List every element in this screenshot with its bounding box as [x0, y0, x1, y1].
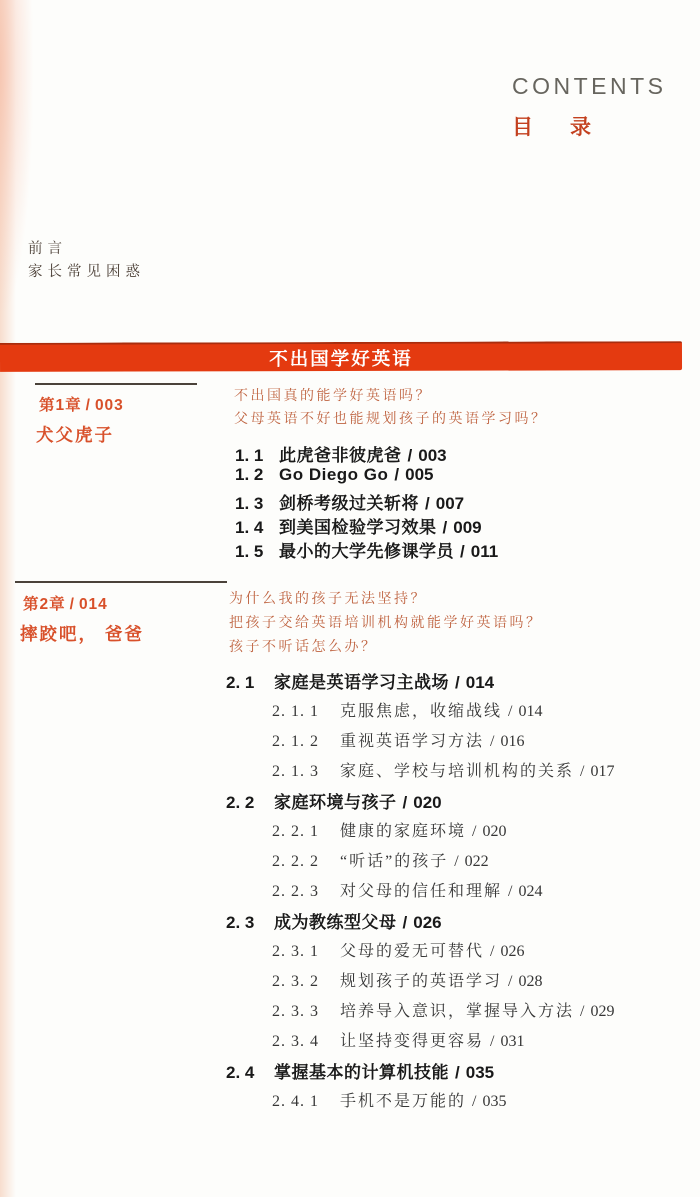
toc-entry-number: 1. 1 [235, 446, 279, 466]
chapter-1-rule [35, 383, 197, 385]
toc-entry-title: 父母的爱无可替代 [340, 938, 484, 961]
question-line: 不出国真的能学好英语吗？ [234, 384, 548, 407]
chapter-1-number-text: 第1章 [39, 397, 82, 414]
chapter-2-entries: 2. 1家庭是英语学习主战场/014 2. 1. 1克服焦虑，收缩战线/014 … [226, 668, 614, 1118]
toc-subentry: 2. 3. 4让坚持变得更容易/031 [226, 1028, 614, 1058]
toc-entry-number: 2. 2 [226, 793, 274, 813]
chapter-2-number: 第2章/014 [15, 592, 227, 614]
toc-title-chinese: 目 录 [512, 111, 667, 141]
toc-entry-title: Go Diego Go [279, 465, 388, 485]
toc-entry-title: 培养导入意识，掌握导入方法 [340, 998, 574, 1021]
toc-entry: 1. 5最小的大学先修课学员/011 [235, 537, 498, 561]
toc-subentry: 2. 2. 1健康的家庭环境/020 [226, 818, 614, 848]
toc-entry-title: 克服焦虑，收缩战线 [340, 698, 502, 721]
front-matter-faq: 家长常见困惑 [28, 261, 145, 284]
question-line: 把孩子交给英语培训机构就能学好英语吗？ [229, 610, 543, 634]
toc-entry-page: 005 [405, 465, 433, 485]
toc-entry-page: 003 [418, 446, 446, 466]
toc-subentry: 2. 4. 1手机不是万能的/035 [226, 1088, 614, 1118]
toc-entry-number: 2. 2. 2 [272, 853, 340, 871]
toc-subentry: 2. 2. 3对父母的信任和理解/024 [226, 878, 614, 908]
toc-subentry: 2. 1. 3家庭、学校与培训机构的关系/017 [226, 758, 614, 788]
page-separator: / [580, 763, 584, 781]
toc-subentry: 2. 3. 2规划孩子的英语学习/028 [226, 968, 614, 998]
toc-entry-page: 014 [466, 673, 494, 693]
page-separator: / [508, 883, 512, 901]
toc-entry-number: 1. 4 [235, 518, 279, 538]
question-line: 孩子不听话怎么办？ [229, 634, 543, 658]
page-separator: / [472, 1093, 476, 1111]
toc-entry-page: 007 [436, 494, 464, 514]
toc-entry: 2. 2家庭环境与孩子/020 [226, 788, 614, 818]
toc-entry-title: 剑桥考级过关斩将 [279, 489, 419, 514]
front-matter-preface: 前言 [28, 238, 145, 261]
toc-entry-page: 011 [471, 542, 498, 562]
toc-entry-number: 2. 4. 1 [272, 1093, 340, 1111]
toc-header: CONTENTS 目 录 [512, 73, 667, 141]
page-separator: / [472, 823, 476, 841]
toc-entry-page: 028 [518, 973, 542, 991]
toc-entry-number: 1. 2 [235, 465, 279, 485]
toc-entry-title: 成为教练型父母 [274, 908, 397, 933]
toc-entry-number: 2. 1. 1 [272, 703, 340, 721]
toc-subentry: 2. 2. 2“听话”的孩子/022 [226, 848, 614, 878]
page-separator: / [394, 465, 399, 485]
toc-entry-page: 024 [518, 883, 542, 901]
page-separator: / [508, 973, 512, 991]
toc-entry-page: 016 [500, 733, 524, 751]
part-banner: 不出国学好英语 [0, 341, 682, 372]
toc-entry-page: 026 [500, 943, 524, 961]
toc-entry-title: 此虎爸非彼虎爸 [279, 441, 402, 466]
toc-subentry: 2. 3. 3培养导入意识，掌握导入方法/029 [226, 998, 614, 1028]
chapter-1-title: 犬父虎子 [35, 422, 197, 447]
toc-entry-number: 2. 1. 2 [272, 733, 340, 751]
toc-entry-title: 到美国检验学习效果 [279, 513, 437, 538]
page-separator: / [490, 733, 494, 751]
page-separator: / [403, 793, 408, 813]
chapter-2-questions: 为什么我的孩子无法坚持？ 把孩子交给英语培训机构就能学好英语吗？ 孩子不听话怎么… [229, 586, 543, 658]
toc-entry-number: 2. 4 [226, 1063, 274, 1083]
toc-entry-page: 029 [590, 1003, 614, 1021]
toc-entry-number: 2. 3. 4 [272, 1033, 340, 1051]
toc-entry-page: 017 [590, 763, 614, 781]
page-separator: / [455, 1063, 460, 1083]
toc-entry-page: 020 [413, 793, 441, 813]
toc-entry-title: 最小的大学先修课学员 [279, 537, 454, 562]
toc-entry-number: 2. 2. 3 [272, 883, 340, 901]
toc-entry: 1. 1此虎爸非彼虎爸/003 [235, 441, 498, 465]
page-separator: / [443, 518, 448, 538]
toc-entry-title: 掌握基本的计算机技能 [274, 1058, 449, 1083]
page-separator: / [403, 913, 408, 933]
toc-entry-page: 014 [518, 703, 542, 721]
toc-entry: 1. 4到美国检验学习效果/009 [235, 513, 498, 537]
chapter-1-questions: 不出国真的能学好英语吗？ 父母英语不好也能规划孩子的英语学习吗？ [234, 384, 548, 430]
toc-entry-page: 022 [465, 853, 489, 871]
chapter-2-title: 摔跤吧， 爸爸 [15, 621, 227, 646]
page-edge-shading [0, 0, 16, 1197]
toc-subentry: 2. 1. 1克服焦虑，收缩战线/014 [226, 698, 614, 728]
part-banner-title: 不出国学好英语 [269, 344, 413, 370]
toc-entry-number: 2. 3. 3 [272, 1003, 340, 1021]
toc-entry: 2. 4掌握基本的计算机技能/035 [226, 1058, 614, 1088]
toc-entry: 2. 3成为教练型父母/026 [226, 908, 614, 938]
toc-entry-number: 1. 5 [235, 542, 279, 562]
toc-entry-title: 家庭环境与孩子 [274, 788, 397, 813]
toc-entry-title: 手机不是万能的 [340, 1088, 466, 1111]
toc-entry: 2. 1家庭是英语学习主战场/014 [226, 668, 614, 698]
toc-entry-number: 2. 1. 3 [272, 763, 340, 781]
toc-entry-title: “听话”的孩子 [340, 848, 448, 871]
chapter-2-page: 014 [79, 596, 108, 613]
page-separator: / [425, 494, 430, 514]
toc-entry-number: 2. 1 [226, 673, 274, 693]
page-separator: / [86, 397, 91, 414]
chapter-2-label: 第2章/014 摔跤吧， 爸爸 [15, 581, 227, 646]
page-separator: / [455, 673, 460, 693]
page-separator: / [70, 596, 75, 613]
toc-entry-title: 对父母的信任和理解 [340, 878, 502, 901]
toc-entry-page: 009 [453, 518, 481, 538]
toc-entry: 1. 3剑桥考级过关斩将/007 [235, 489, 498, 513]
toc-entry-page: 035 [482, 1093, 506, 1111]
page-separator: / [508, 703, 512, 721]
toc-entry-title: 让坚持变得更容易 [340, 1028, 484, 1051]
page-separator: / [580, 1003, 584, 1021]
chapter-1-entries: 1. 1此虎爸非彼虎爸/003 1. 2Go Diego Go/005 1. 3… [235, 441, 498, 561]
page-separator: / [408, 446, 413, 466]
toc-entry-page: 026 [413, 913, 441, 933]
chapter-2-number-text: 第2章 [23, 596, 66, 613]
toc-entry-title: 健康的家庭环境 [340, 818, 466, 841]
page-separator: / [454, 853, 458, 871]
question-line: 为什么我的孩子无法坚持？ [229, 586, 543, 610]
front-matter: 前言 家长常见困惑 [28, 238, 145, 284]
toc-entry-title: 家庭、学校与培训机构的关系 [340, 758, 574, 781]
toc-entry-page: 020 [482, 823, 506, 841]
toc-entry-title: 重视英语学习方法 [340, 728, 484, 751]
page-separator: / [490, 943, 494, 961]
book-toc-page: { "labels": { "page_sep": "/" }, "header… [0, 0, 700, 1197]
chapter-1-page: 003 [95, 397, 124, 414]
toc-subentry: 2. 1. 2重视英语学习方法/016 [226, 728, 614, 758]
toc-entry-number: 2. 2. 1 [272, 823, 340, 841]
chapter-1-number: 第1章/003 [35, 393, 197, 415]
toc-entry-page: 031 [500, 1033, 524, 1051]
toc-entry-number: 2. 3. 2 [272, 973, 340, 991]
toc-entry-number: 2. 3. 1 [272, 943, 340, 961]
chapter-2-rule [15, 581, 227, 583]
toc-subentry: 2. 3. 1父母的爱无可替代/026 [226, 938, 614, 968]
page-separator: / [490, 1033, 494, 1051]
toc-entry-title: 家庭是英语学习主战场 [274, 668, 449, 693]
toc-entry-page: 035 [466, 1063, 494, 1083]
toc-title-english: CONTENTS [512, 73, 667, 100]
question-line: 父母英语不好也能规划孩子的英语学习吗？ [234, 407, 548, 430]
toc-entry: 1. 2Go Diego Go/005 [235, 465, 498, 489]
toc-entry-title: 规划孩子的英语学习 [340, 968, 502, 991]
toc-entry-number: 2. 3 [226, 913, 274, 933]
toc-entry-number: 1. 3 [235, 494, 279, 514]
page-separator: / [460, 542, 465, 562]
chapter-1-label: 第1章/003 犬父虎子 [35, 383, 197, 447]
